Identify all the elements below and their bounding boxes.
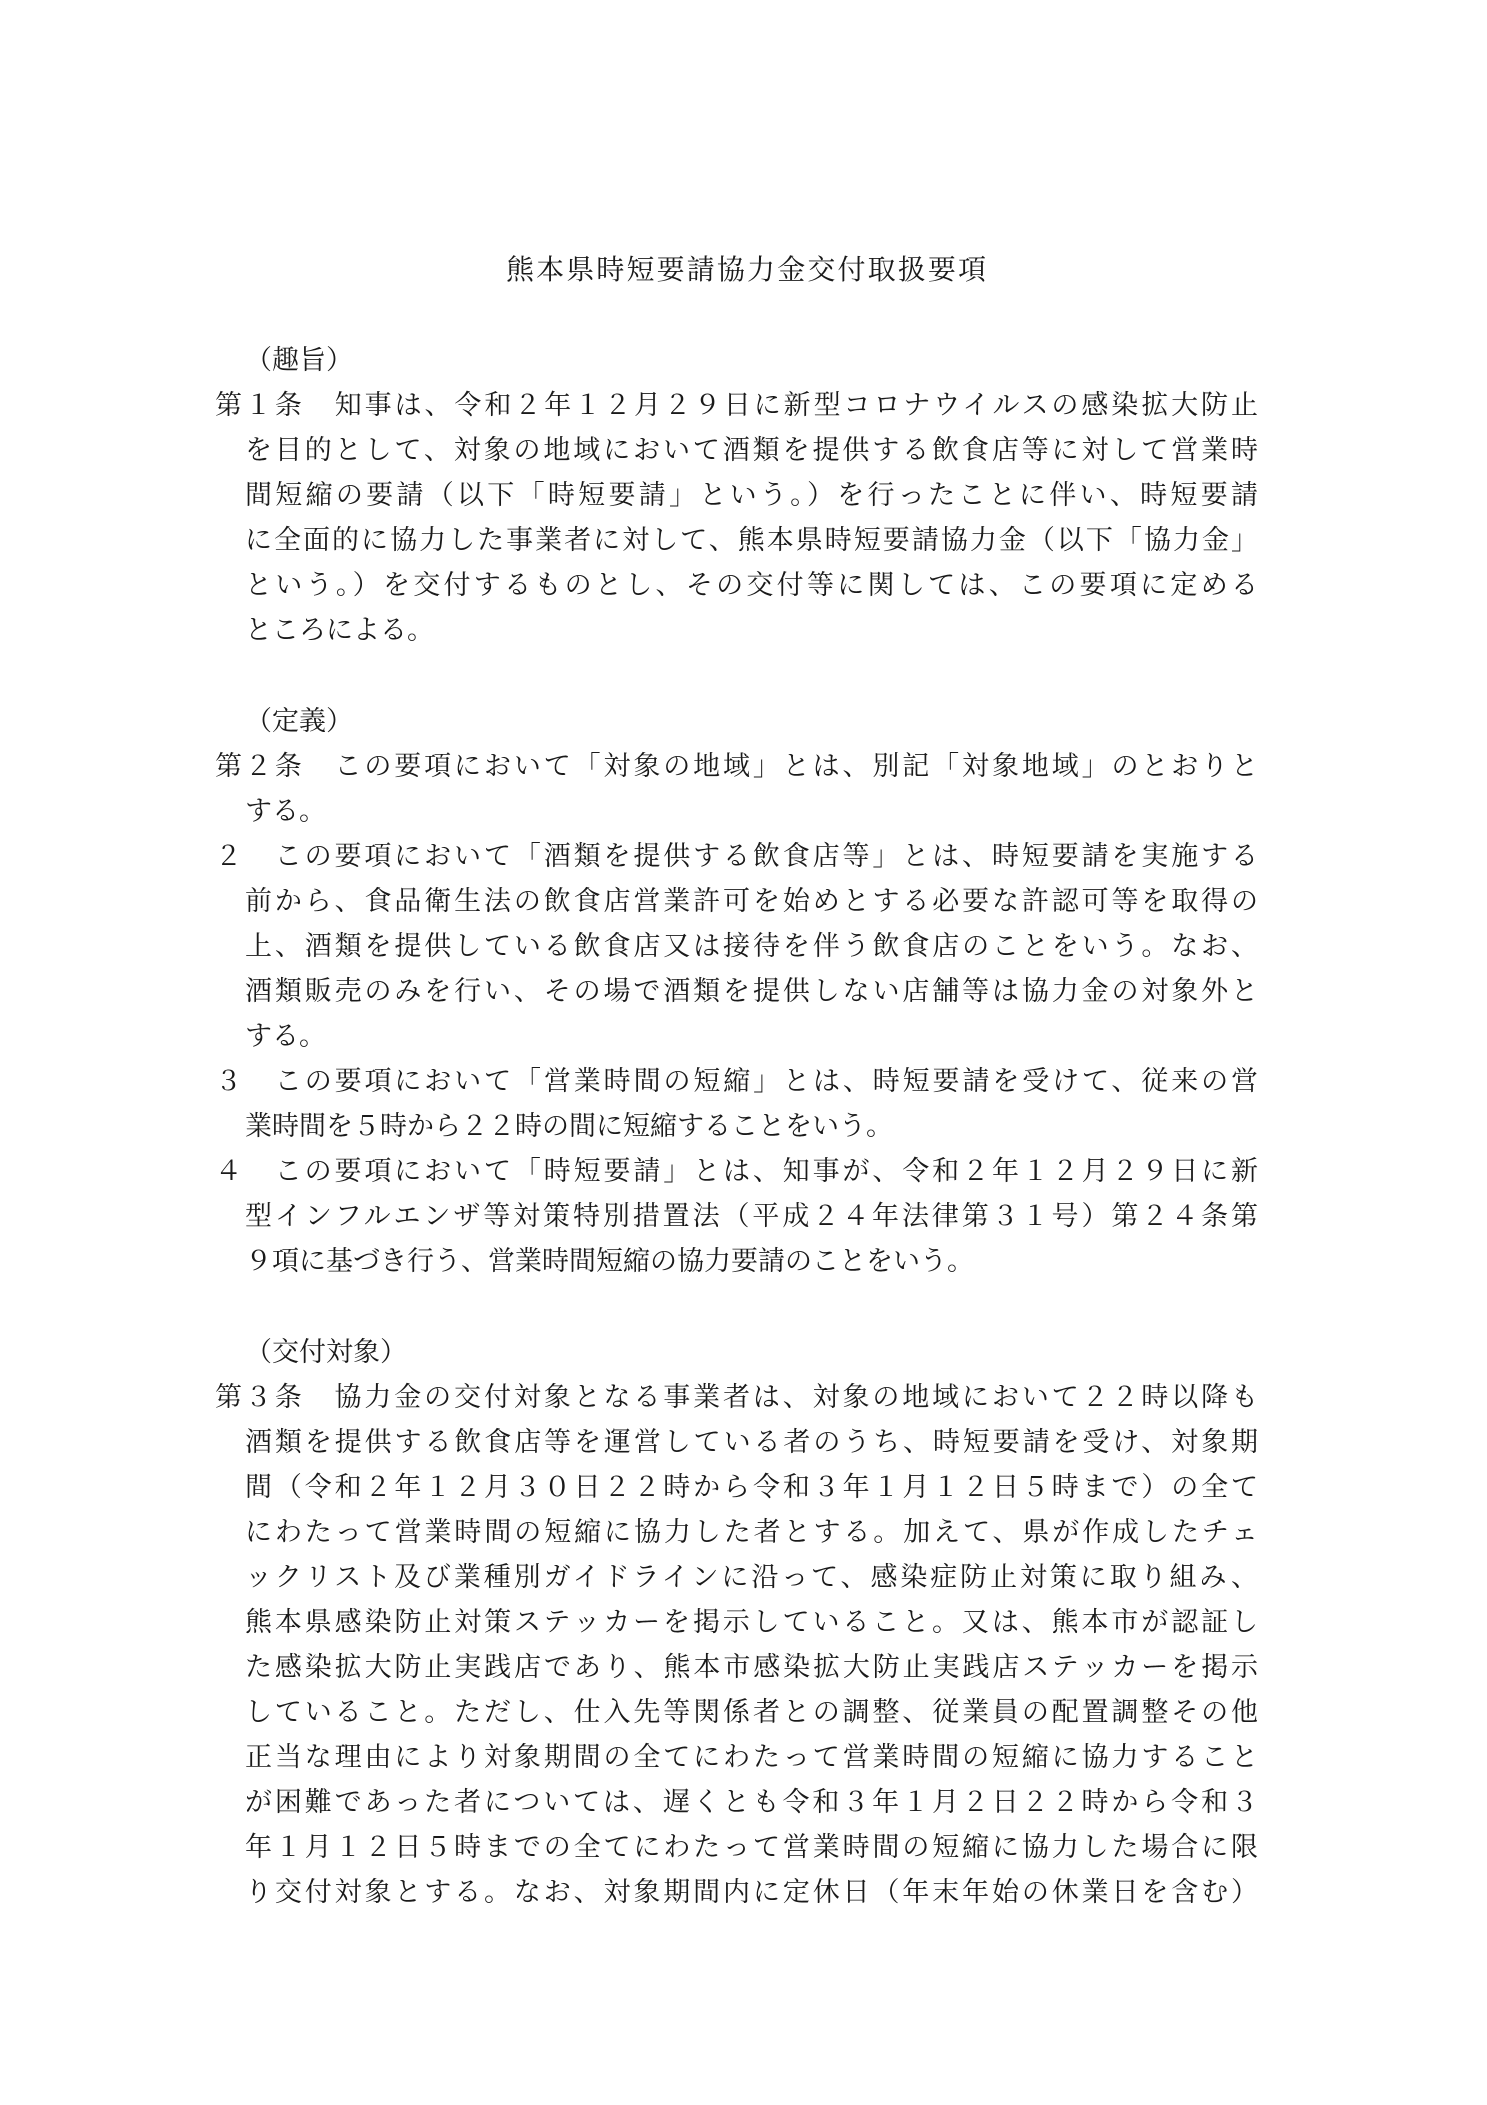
article-1-line-6: ところによる。 — [245, 608, 1258, 653]
article-2-line-2: する。 — [245, 789, 1258, 834]
article-3-line-12: り交付対象とする。なお、対象期間内に定休日（年末年始の休業日を含む） — [245, 1870, 1258, 1915]
article-2-para-2-line-4: 酒類販売のみを行い、その場で酒類を提供しない店舗等は協力金の対象外と — [245, 969, 1258, 1014]
article-3-line-3: 間（令和２年１２月３０日２２時から令和３年１月１２日５時まで）の全て — [245, 1465, 1258, 1510]
article-1-line-4: に全面的に協力した事業者に対して、熊本県時短要請協力金（以下「協力金」 — [245, 518, 1258, 563]
document-page: 熊本県時短要請協力金交付取扱要項 （趣旨） 第１条 知事は、令和２年１２月２９日… — [0, 0, 1487, 2105]
article-1-line-2: を目的として、対象の地域において酒類を提供する飲食店等に対して営業時 — [245, 428, 1258, 473]
article-2-para-2-line-2: 前から、食品衛生法の飲食店営業許可を始めとする必要な許認可等を取得の — [245, 879, 1258, 924]
article-3-line-10: が困難であった者については、遅くとも令和３年１月２日２２時から令和３ — [245, 1780, 1258, 1825]
section-heading-definitions: （定義） — [245, 699, 353, 744]
article-2-para-4-line-3: ９項に基づき行う、営業時間短縮の協力要請のことをいう。 — [245, 1239, 1258, 1284]
article-3-line-9: 正当な理由により対象期間の全てにわたって営業時間の短縮に協力すること — [245, 1735, 1258, 1780]
article-3-line-1: 第３条 協力金の交付対象となる事業者は、対象の地域において２２時以降も — [215, 1375, 1258, 1420]
article-2-para-4-line-2: 型インフルエンザ等対策特別措置法（平成２４年法律第３１号）第２４条第 — [245, 1194, 1258, 1239]
article-2-line-1: 第２条 この要項において「対象の地域」とは、別記「対象地域」のとおりと — [215, 744, 1258, 789]
article-2-para-3-line-1: ３ この要項において「営業時間の短縮」とは、時短要請を受けて、従来の営 — [215, 1059, 1258, 1104]
article-2-para-2-line-1: ２ この要項において「酒類を提供する飲食店等」とは、時短要請を実施する — [215, 834, 1258, 879]
article-2-para-2-line-3: 上、酒類を提供している飲食店又は接待を伴う飲食店のことをいう。なお、 — [245, 924, 1258, 969]
article-2-para-2-line-5: する。 — [245, 1014, 1258, 1059]
article-1-line-5: という。）を交付するものとし、その交付等に関しては、この要項に定める — [245, 563, 1258, 608]
article-3-line-11: 年１月１２日５時までの全てにわたって営業時間の短縮に協力した場合に限 — [245, 1825, 1258, 1870]
article-2-para-3-line-2: 業時間を５時から２２時の間に短縮することをいう。 — [245, 1104, 1258, 1149]
article-3-line-5: ックリスト及び業種別ガイドラインに沿って、感染症防止対策に取り組み、 — [245, 1555, 1258, 1600]
article-2-para-4-line-1: ４ この要項において「時短要請」とは、知事が、令和２年１２月２９日に新 — [215, 1149, 1258, 1194]
article-1-line-3: 間短縮の要請（以下「時短要請」という。）を行ったことに伴い、時短要請 — [245, 473, 1258, 518]
article-3-line-7: た感染拡大防止実践店であり、熊本市感染拡大防止実践店ステッカーを掲示 — [245, 1645, 1258, 1690]
article-3-line-2: 酒類を提供する飲食店等を運営している者のうち、時短要請を受け、対象期 — [245, 1420, 1258, 1465]
section-heading-purpose: （趣旨） — [245, 338, 353, 383]
section-heading-eligibility: （交付対象） — [245, 1330, 407, 1375]
article-3-line-6: 熊本県感染防止対策ステッカーを掲示していること。又は、熊本市が認証し — [245, 1600, 1258, 1645]
article-3-line-4: にわたって営業時間の短縮に協力した者とする。加えて、県が作成したチェ — [245, 1510, 1258, 1555]
document-title: 熊本県時短要請協力金交付取扱要項 — [506, 250, 986, 290]
article-3-line-8: していること。ただし、仕入先等関係者との調整、従業員の配置調整その他 — [245, 1690, 1258, 1735]
article-1-line-1: 第１条 知事は、令和２年１２月２９日に新型コロナウイルスの感染拡大防止 — [215, 383, 1258, 428]
